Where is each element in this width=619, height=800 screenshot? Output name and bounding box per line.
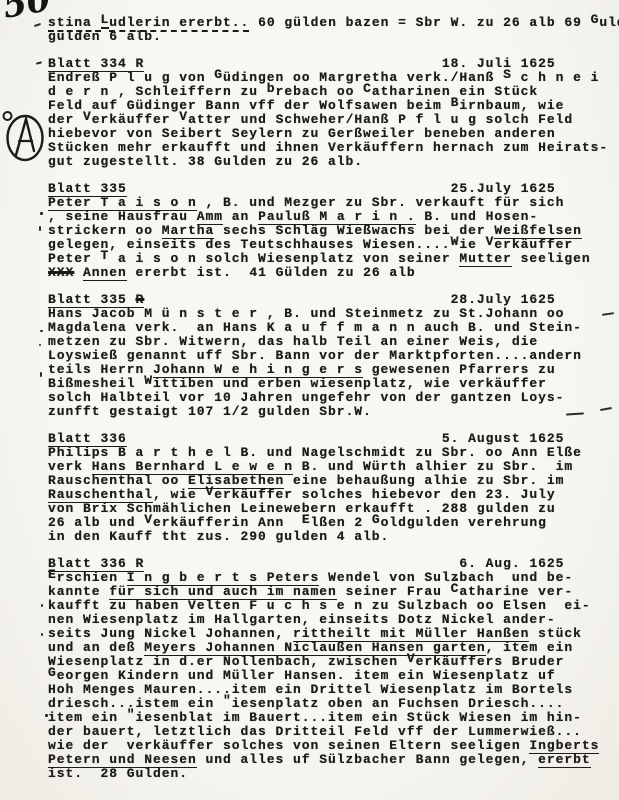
ink-speck <box>455 578 458 581</box>
text-segment: V <box>179 110 188 124</box>
text-segment: Wendel von Sulzbach und be- <box>319 571 573 585</box>
text-line: 26 alb und Verkäufferin Ann Elßen 2 Gold… <box>48 516 619 530</box>
text-line: Blatt 336 R 6. Aug. 1625 <box>48 557 619 571</box>
text-segment: seiner Frau <box>337 585 451 599</box>
text-line: strickern oo Martha sechs Schläg Wießwac… <box>48 224 619 238</box>
text-line: nen Wiesenplatz im Hallgarten, einseits … <box>48 613 619 627</box>
text-line: Peter T a i s o n , B. und Mezger zu Sbr… <box>48 196 619 210</box>
text-segment: atharine ver- <box>459 585 573 599</box>
text-segment: iesenblat im Bauert...item ein Stück Wie… <box>136 711 582 725</box>
text-segment: gut zugestellt. 38 Gulden zu 26 alb. <box>48 155 363 169</box>
text-segment: B <box>451 96 460 110</box>
text-segment <box>144 57 442 71</box>
scanned-document-page: 50 stina Ludlerin ererbt.. 60 gülden baz… <box>0 0 619 800</box>
ink-speck <box>36 61 42 64</box>
text-segment: a i s o n solch Wiesenplatz von seiner <box>109 252 459 266</box>
text-segment <box>127 182 451 196</box>
text-segment: ittiben und erben wiesenplatz, wie verkä… <box>153 377 547 391</box>
text-line: Stücken mehr erkaufft und ihnen Verkäuff… <box>48 141 619 155</box>
text-line: wie der verkäuffer solches von seinen El… <box>48 739 619 753</box>
text-line: hiebevor von Seibert Seylern zu Gerßweil… <box>48 127 619 141</box>
text-line: Blatt 336 5. August 1625 <box>48 432 619 446</box>
text-segment: 5. August 1625 <box>442 432 565 446</box>
text-line: und an deß Meyers Johannen Niclaußen Han… <box>48 641 619 655</box>
text-segment: Rauschenthal oo <box>48 474 188 488</box>
text-segment: Peter <box>48 252 101 266</box>
text-line: d e r n , Schleiffern zu brebach oo Cath… <box>48 85 619 99</box>
text-segment: " <box>127 708 136 722</box>
text-line: Loyswieß genannt uff Sbr. Bann vor der M… <box>48 349 619 363</box>
underlined-text: L <box>101 13 110 29</box>
text-segment: erkäuffers Bruder <box>416 655 565 669</box>
text-line: gut zugestellt. 38 Gulden zu 26 alb. <box>48 155 619 169</box>
text-segment: 6. Aug. 1625 <box>459 557 564 571</box>
text-segment: W <box>451 235 460 249</box>
text-segment: in den Kauff tht zus. 290 gulden 4 alb. <box>48 530 389 544</box>
text-segment: wie der verkäuffer solches von seinen El… <box>48 739 529 753</box>
entry-blatt-336: Blatt 336 5. August 1625Philips B a r t … <box>48 432 619 544</box>
text-segment: der <box>48 113 83 127</box>
text-segment: eine behaußung alhie zu Sbr. im <box>284 474 564 488</box>
text-segment: E <box>302 513 311 527</box>
text-segment: rebach oo <box>276 85 364 99</box>
ink-speck <box>39 226 41 231</box>
text-line: Philips B a r t h e l B. und Nagelschmid… <box>48 446 619 460</box>
text-segment: 18. Juli 1625 <box>442 57 556 71</box>
text-segment: " <box>223 694 232 708</box>
text-line: teils Herrn Johann W e h i n g e r s gew… <box>48 363 619 377</box>
text-line: Magdalena verk. an Hans K a u f f m a n … <box>48 321 619 335</box>
text-line: XXX Annen ererbt ist. 41 Gülden zu 26 al… <box>48 266 619 280</box>
text-line: gelegen, einseits des Teutschhauses Wies… <box>48 238 619 252</box>
ink-speck <box>40 372 42 377</box>
document-body: stina Ludlerin ererbt.. 60 gülden bazen … <box>48 16 619 781</box>
text-segment: Magdalena verk. an Hans K a u f f m a n … <box>48 321 582 335</box>
text-line: ist. 28 Gulden. <box>48 767 619 781</box>
text-line: Endreß P l u g von Güdingen oo Margretha… <box>48 71 619 85</box>
text-segment: , B. und Mezger zu Sbr. verkauft für sic… <box>197 196 565 210</box>
text-line: Bißmesheil Wittiben und erben wiesenplat… <box>48 377 619 391</box>
text-segment: E <box>48 568 57 582</box>
text-segment: seeligen <box>512 252 591 266</box>
text-segment: gewesenen Pfarrers zu <box>363 363 556 377</box>
text-segment: zunfft gestaigt 107 1/2 gulden Sbr.W. <box>48 405 372 419</box>
text-segment <box>127 432 442 446</box>
text-line: Petern und Neesen und alles uf Sülzbache… <box>48 753 619 767</box>
ink-speck <box>40 330 43 332</box>
text-line: solch Halbteil vor 10 Jahren ungefehr vo… <box>48 391 619 405</box>
text-segment: 26 alb und <box>48 516 144 530</box>
text-line: Blatt 335 25.July 1625 <box>48 182 619 196</box>
ink-speck <box>34 23 41 27</box>
text-segment: S <box>503 68 512 82</box>
text-segment: d e r n , Schleiffern zu <box>48 85 267 99</box>
ink-speck <box>39 344 41 346</box>
text-segment: Stücken mehr erkaufft und ihnen Verkäuff… <box>48 141 608 155</box>
text-line: der Verkäuffer Vatter und Schweher/Hanß … <box>48 113 619 127</box>
text-segment: V <box>144 513 153 527</box>
text-segment: erkäuffer <box>494 238 573 252</box>
text-segment: b <box>267 82 276 96</box>
text-segment: Wiesenplatz in d.er Nollenbach, zwischen <box>48 655 407 669</box>
text-segment: G <box>591 13 600 27</box>
underlined-text: ererbt <box>538 753 591 768</box>
struck-text: XXX <box>48 266 74 280</box>
text-line: von Brix Schmählichen Leinewebern erkauf… <box>48 502 619 516</box>
text-line: Rauschenthal, wie Verkäuffer solches hie… <box>48 488 619 502</box>
text-segment: kaufft zu haben Velten F u c h s e n zu … <box>48 599 591 613</box>
text-line: der bauert, letztlich das Dritteil Feld … <box>48 725 619 739</box>
text-segment: ist. 28 Gulden. <box>48 767 188 781</box>
text-segment: der bauert, letztlich das Dritteil Feld … <box>48 725 582 739</box>
text-line: Wiesenplatz in d.er Nollenbach, zwischen… <box>48 655 619 669</box>
text-segment: kannte <box>48 585 109 599</box>
text-segment: iesenplatz oben an Fuchsen Driesch.... <box>232 697 565 711</box>
text-line: Blatt 335 R 28.July 1625 <box>48 293 619 307</box>
text-segment: C <box>451 582 460 596</box>
text-segment: teils Herrn <box>48 363 153 377</box>
entry-blatt-335: Blatt 335 25.July 1625Peter T a i s o n … <box>48 182 619 280</box>
text-segment: G <box>48 666 57 680</box>
text-line: zunfft gestaigt 107 1/2 gulden Sbr.W. <box>48 405 619 419</box>
text-segment: oldgulden verehrung <box>381 516 547 530</box>
text-line: Hoh Menges Mauren....item ein Drittel Wi… <box>48 683 619 697</box>
ink-speck <box>45 714 48 717</box>
text-segment: irnbaum, wie <box>459 99 564 113</box>
text-line: seits Jung Nickel Johannen, rittheilt mi… <box>48 627 619 641</box>
text-segment: , wie <box>153 488 206 502</box>
ink-speck <box>41 604 43 607</box>
text-line: item ein "iesenblat im Bauert...item ein… <box>48 711 619 725</box>
text-line: kannte für sich und auch im namen seiner… <box>48 585 619 599</box>
text-segment: 25.July 1625 <box>451 182 556 196</box>
text-segment: , item ein <box>486 641 574 655</box>
text-line: Rauschenthal oo Elisabethen eine behaußu… <box>48 474 619 488</box>
text-segment: an <box>223 210 258 224</box>
continuation-previous-entry: stina Ludlerin ererbt.. 60 gülden bazen … <box>48 16 619 44</box>
text-segment: item ein <box>48 711 127 725</box>
text-segment: C <box>363 82 372 96</box>
text-segment: Loyswieß genannt uff Sbr. Bann vor der M… <box>48 349 582 363</box>
margin-monogram-icon <box>1 107 49 169</box>
underlined-text: Mutter <box>459 252 512 267</box>
text-segment: atter und Schweher/Hanß P f l u g solch … <box>188 113 573 127</box>
text-line: verk Hans Bernhard L e w e n B. und Würt… <box>48 460 619 474</box>
text-segment: Hoh Menges Mauren....item ein Drittel Wi… <box>48 683 573 697</box>
text-segment: solch Halbteil vor 10 Jahren ungefehr vo… <box>48 391 564 405</box>
text-segment: Feld auf Güdinger Bann vff der Wolfsawen… <box>48 99 451 113</box>
text-segment: eorgen Kindern und Müller Hansen. item e… <box>57 669 556 683</box>
text-segment: G <box>214 68 223 82</box>
text-line: Erschien I n g b e r t s Peters Wendel v… <box>48 571 619 585</box>
text-line: in den Kauff tht zus. 290 gulden 4 alb. <box>48 530 619 544</box>
text-segment: verk <box>48 460 92 474</box>
text-segment: c h n e i <box>512 71 600 85</box>
text-line: , seine Hausfrau Amm an Pauluß M a r i n… <box>48 210 619 224</box>
text-line: kaufft zu haben Velten F u c h s e n zu … <box>48 599 619 613</box>
text-segment: Hans Jacob M ü n s t e r , B. und Steinm… <box>48 307 564 321</box>
text-line: Hans Jacob M ü n s t e r , B. und Steinm… <box>48 307 619 321</box>
text-segment: erkäuffer solches hiebevor den 23. July <box>214 488 555 502</box>
text-segment: strickern oo <box>48 224 162 238</box>
handwritten-corner-mark: 50 <box>0 0 53 27</box>
text-segment: und an deß <box>48 641 144 655</box>
text-line: metzen zu Sbr. Witwern, das halb Teil an… <box>48 335 619 349</box>
text-segment: Endreß P l u g von <box>48 71 214 85</box>
text-segment: Bißmesheil <box>48 377 144 391</box>
text-segment <box>144 293 450 307</box>
text-segment: erkäufferin Ann <box>153 516 302 530</box>
ink-speck <box>40 212 43 215</box>
text-segment: B. und Hosen- <box>416 210 539 224</box>
text-segment: ie <box>459 238 485 252</box>
text-segment: nen Wiesenplatz im Hallgarten, einseits … <box>48 613 556 627</box>
text-segment: W <box>144 374 153 388</box>
text-segment: 28.July 1625 <box>451 293 556 307</box>
text-line: stina Ludlerin ererbt.. 60 gülden bazen … <box>48 16 619 30</box>
text-segment: 60 gülden bazen = Sbr W. zu 26 alb 69 <box>249 16 590 30</box>
text-segment: gulden 6 alb. <box>48 30 162 44</box>
text-line: Peter T a i s o n solch Wiesenplatz von … <box>48 252 619 266</box>
text-segment: V <box>83 110 92 124</box>
text-segment: rschien <box>57 571 127 585</box>
text-segment: V <box>407 652 416 666</box>
text-segment: T <box>101 249 110 263</box>
text-segment: G <box>372 513 381 527</box>
entry-blatt-334-r: Blatt 334 R 18. Juli 1625Endreß P l u g … <box>48 57 619 169</box>
text-segment: ererbt ist. 41 Gülden zu 26 alb <box>127 266 416 280</box>
text-segment: seits Jung Nickel Johannen, <box>48 627 293 641</box>
text-line: Georgen Kindern und Müller Hansen. item … <box>48 669 619 683</box>
text-segment: erkäuffer <box>92 113 180 127</box>
entry-blatt-335-r: Blatt 335 R 28.July 1625Hans Jacob M ü n… <box>48 293 619 419</box>
entry-blatt-336-r: Blatt 336 R 6. Aug. 1625Erschien I n g b… <box>48 557 619 781</box>
text-segment: V <box>206 485 215 499</box>
text-segment: , seine Hausfrau <box>48 210 197 224</box>
text-segment <box>144 557 459 571</box>
text-segment: stück <box>529 627 582 641</box>
text-segment: V <box>486 235 495 249</box>
text-line: gulden 6 alb. <box>48 30 619 44</box>
text-segment: lßen 2 <box>311 516 372 530</box>
ink-speck <box>41 633 43 636</box>
text-segment <box>74 266 83 280</box>
text-segment: und alles uf Sülzbacher Bann gelegen, <box>197 753 538 767</box>
text-line: Feld auf Güdinger Bann vff der Wolfsawen… <box>48 99 619 113</box>
underlined-text: Annen <box>83 266 127 281</box>
text-segment: ulden <box>599 16 619 30</box>
text-segment: metzen zu Sbr. Witwern, das halb Teil an… <box>48 335 538 349</box>
text-segment: Philips B a r t h e l B. und Nagelschmid… <box>48 446 582 460</box>
text-segment: hiebevor von Seibert Seylern zu Gerßweil… <box>48 127 556 141</box>
text-line: Blatt 334 R 18. Juli 1625 <box>48 57 619 71</box>
text-segment: B. und Würth alhier zu Sbr. im <box>293 460 573 474</box>
